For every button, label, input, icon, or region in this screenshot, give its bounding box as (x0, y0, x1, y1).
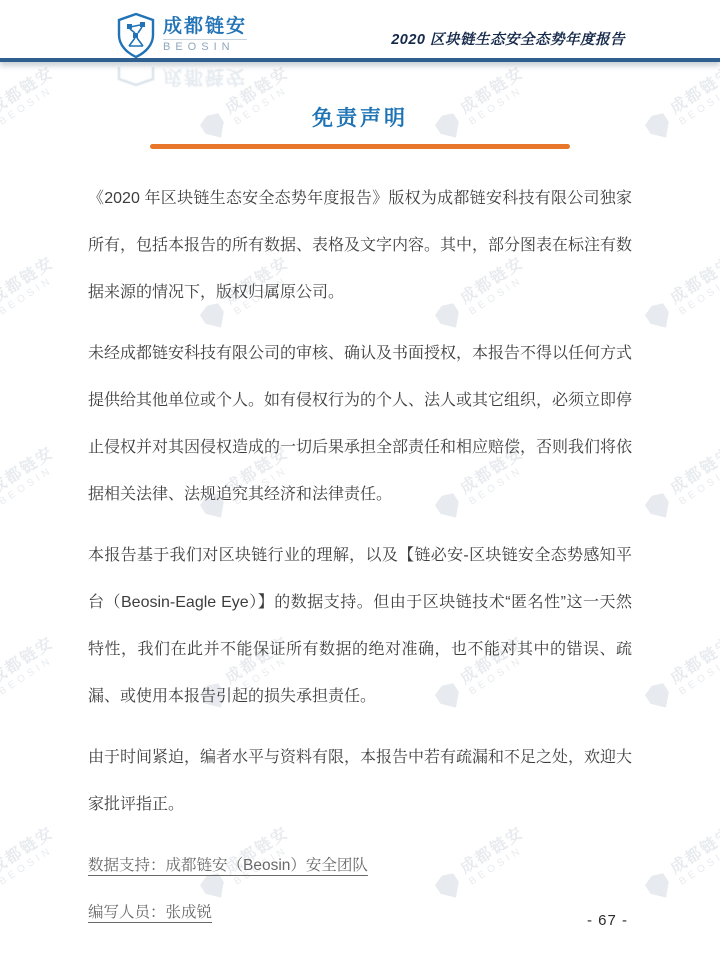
logo-text: 成都链安 BEOSIN (163, 16, 247, 54)
logo-name: 成都链安 (163, 16, 247, 38)
shield-logo-icon (116, 12, 156, 58)
page-number: - 67 - (587, 912, 628, 929)
disclaimer-body: 《2020 年区块链生态安全态势年度报告》版权为成都链安科技有限公司独家所有，包… (88, 175, 632, 828)
logo-reflection-text: 成都链安 BEOSIN (163, 67, 247, 87)
credits-block: 数据支持：成都链安（Beosin）安全团队 编写人员：张成锐 (88, 842, 632, 936)
report-page: 成都链安BEOSIN成都链安BEOSIN成都链安BEOSIN成都链安BEOSIN… (0, 0, 720, 958)
page-title: 免责声明 (88, 102, 632, 132)
page-content: 免责声明 《2020 年区块链生态安全态势年度报告》版权为成都链安科技有限公司独… (0, 102, 720, 936)
title-underline-rule (150, 144, 570, 149)
paragraph-feedback: 由于时间紧迫，编者水平与资料有限，本报告中若有疏漏和不足之处，欢迎大家批评指正。 (88, 734, 632, 828)
logo-subname: BEOSIN (163, 39, 247, 54)
credit-data-support: 数据支持：成都链安（Beosin）安全团队 (88, 842, 632, 889)
shield-logo-reflection-icon (116, 67, 156, 87)
paragraph-copyright: 《2020 年区块链生态安全态势年度报告》版权为成都链安科技有限公司独家所有，包… (88, 175, 632, 316)
page-header: 成都链安 BEOSIN 成都链安 BEOSIN 2020 区块链生态安全态势年度… (0, 0, 720, 62)
paragraph-data-accuracy: 本报告基于我们对区块链行业的理解，以及【链必安-区块链安全态势感知平台（Beos… (88, 532, 632, 720)
report-title: 2020 区块链生态安全态势年度报告 (391, 28, 625, 49)
credit-author: 编写人员：张成锐 (88, 889, 632, 936)
paragraph-authorization: 未经成都链安科技有限公司的审核、确认及书面授权，本报告不得以任何方式提供给其他单… (88, 330, 632, 518)
beosin-logo: 成都链安 BEOSIN (116, 12, 247, 58)
logo-reflection: 成都链安 BEOSIN (116, 67, 247, 87)
